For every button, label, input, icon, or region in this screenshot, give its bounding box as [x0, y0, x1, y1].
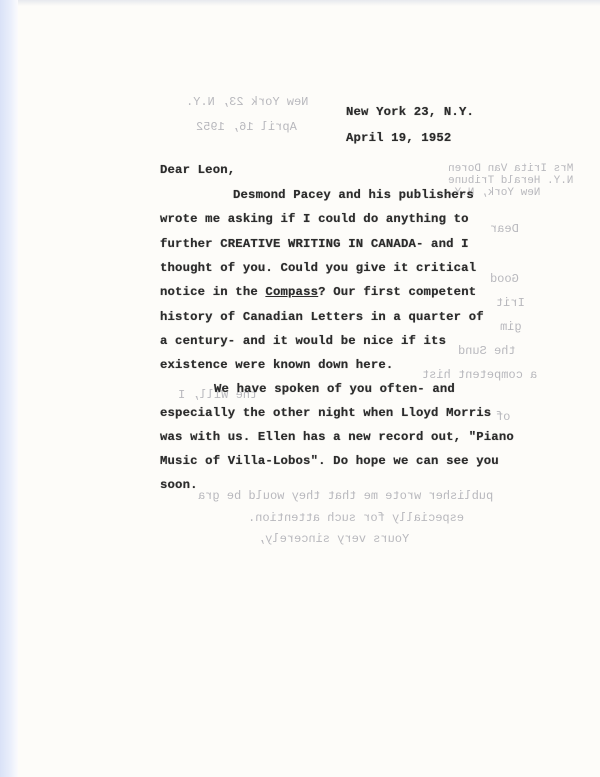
ghost-fragment: especially for such attention. [248, 511, 464, 525]
body-line: wrote me asking if I could do anything t… [160, 212, 469, 226]
publication-title: Compass [265, 285, 318, 299]
body-line: especially the other night when Lloyd Mo… [160, 406, 491, 420]
scan-edge [0, 0, 18, 777]
body-line: was with us. Ellen has a new record out,… [160, 430, 514, 444]
ghost-fragment: Irit [496, 296, 525, 310]
ghost-fragment: of [496, 410, 510, 424]
body-line: further CREATIVE WRITING IN CANADA- and … [160, 237, 469, 251]
ghost-fragment: Dear [490, 222, 519, 236]
letter-page: New York 23, N.Y. April 16, 1952 Mrs Iri… [18, 0, 600, 777]
ghost-fragment: a competent hist [422, 368, 537, 382]
body-line: Desmond Pacey and his publishers [233, 188, 474, 202]
ghost-recipient-1: Mrs Irita Van Doren [448, 163, 573, 175]
letter-date: April 19, 1952 [346, 131, 451, 145]
ghost-fragment: Good [490, 272, 519, 286]
letter-salutation: Dear Leon, [160, 163, 235, 177]
ghost-fragment: gim [500, 320, 522, 334]
body-line: a century- and it would be nice if its [160, 334, 446, 348]
body-line: We have spoken of you often- and [214, 382, 455, 396]
ghost-fragment: publisher wrote me that they would be gr… [198, 489, 493, 503]
body-text: ? Our first competent [318, 285, 476, 299]
ghost-recipient-2: N.Y. Herald Tribune [448, 175, 573, 187]
body-line: soon. [160, 478, 198, 492]
body-line: Music of Villa-Lobos". Do hope we can se… [160, 454, 499, 468]
body-line: existence were known down here. [160, 358, 393, 372]
ghost-closing: Yours very sincerely, [258, 532, 409, 546]
letter-address: New York 23, N.Y. [346, 105, 474, 119]
ghost-fragment: the Sund [458, 344, 516, 358]
body-line: thought of you. Could you give it critic… [160, 261, 476, 275]
body-line: notice in the Compass? Our first compete… [160, 285, 476, 299]
body-line: history of Canadian Letters in a quarter… [160, 310, 484, 324]
body-text: notice in the [160, 285, 265, 299]
ghost-address: New York 23, N.Y. [186, 95, 308, 109]
ghost-date: April 16, 1952 [196, 120, 297, 134]
